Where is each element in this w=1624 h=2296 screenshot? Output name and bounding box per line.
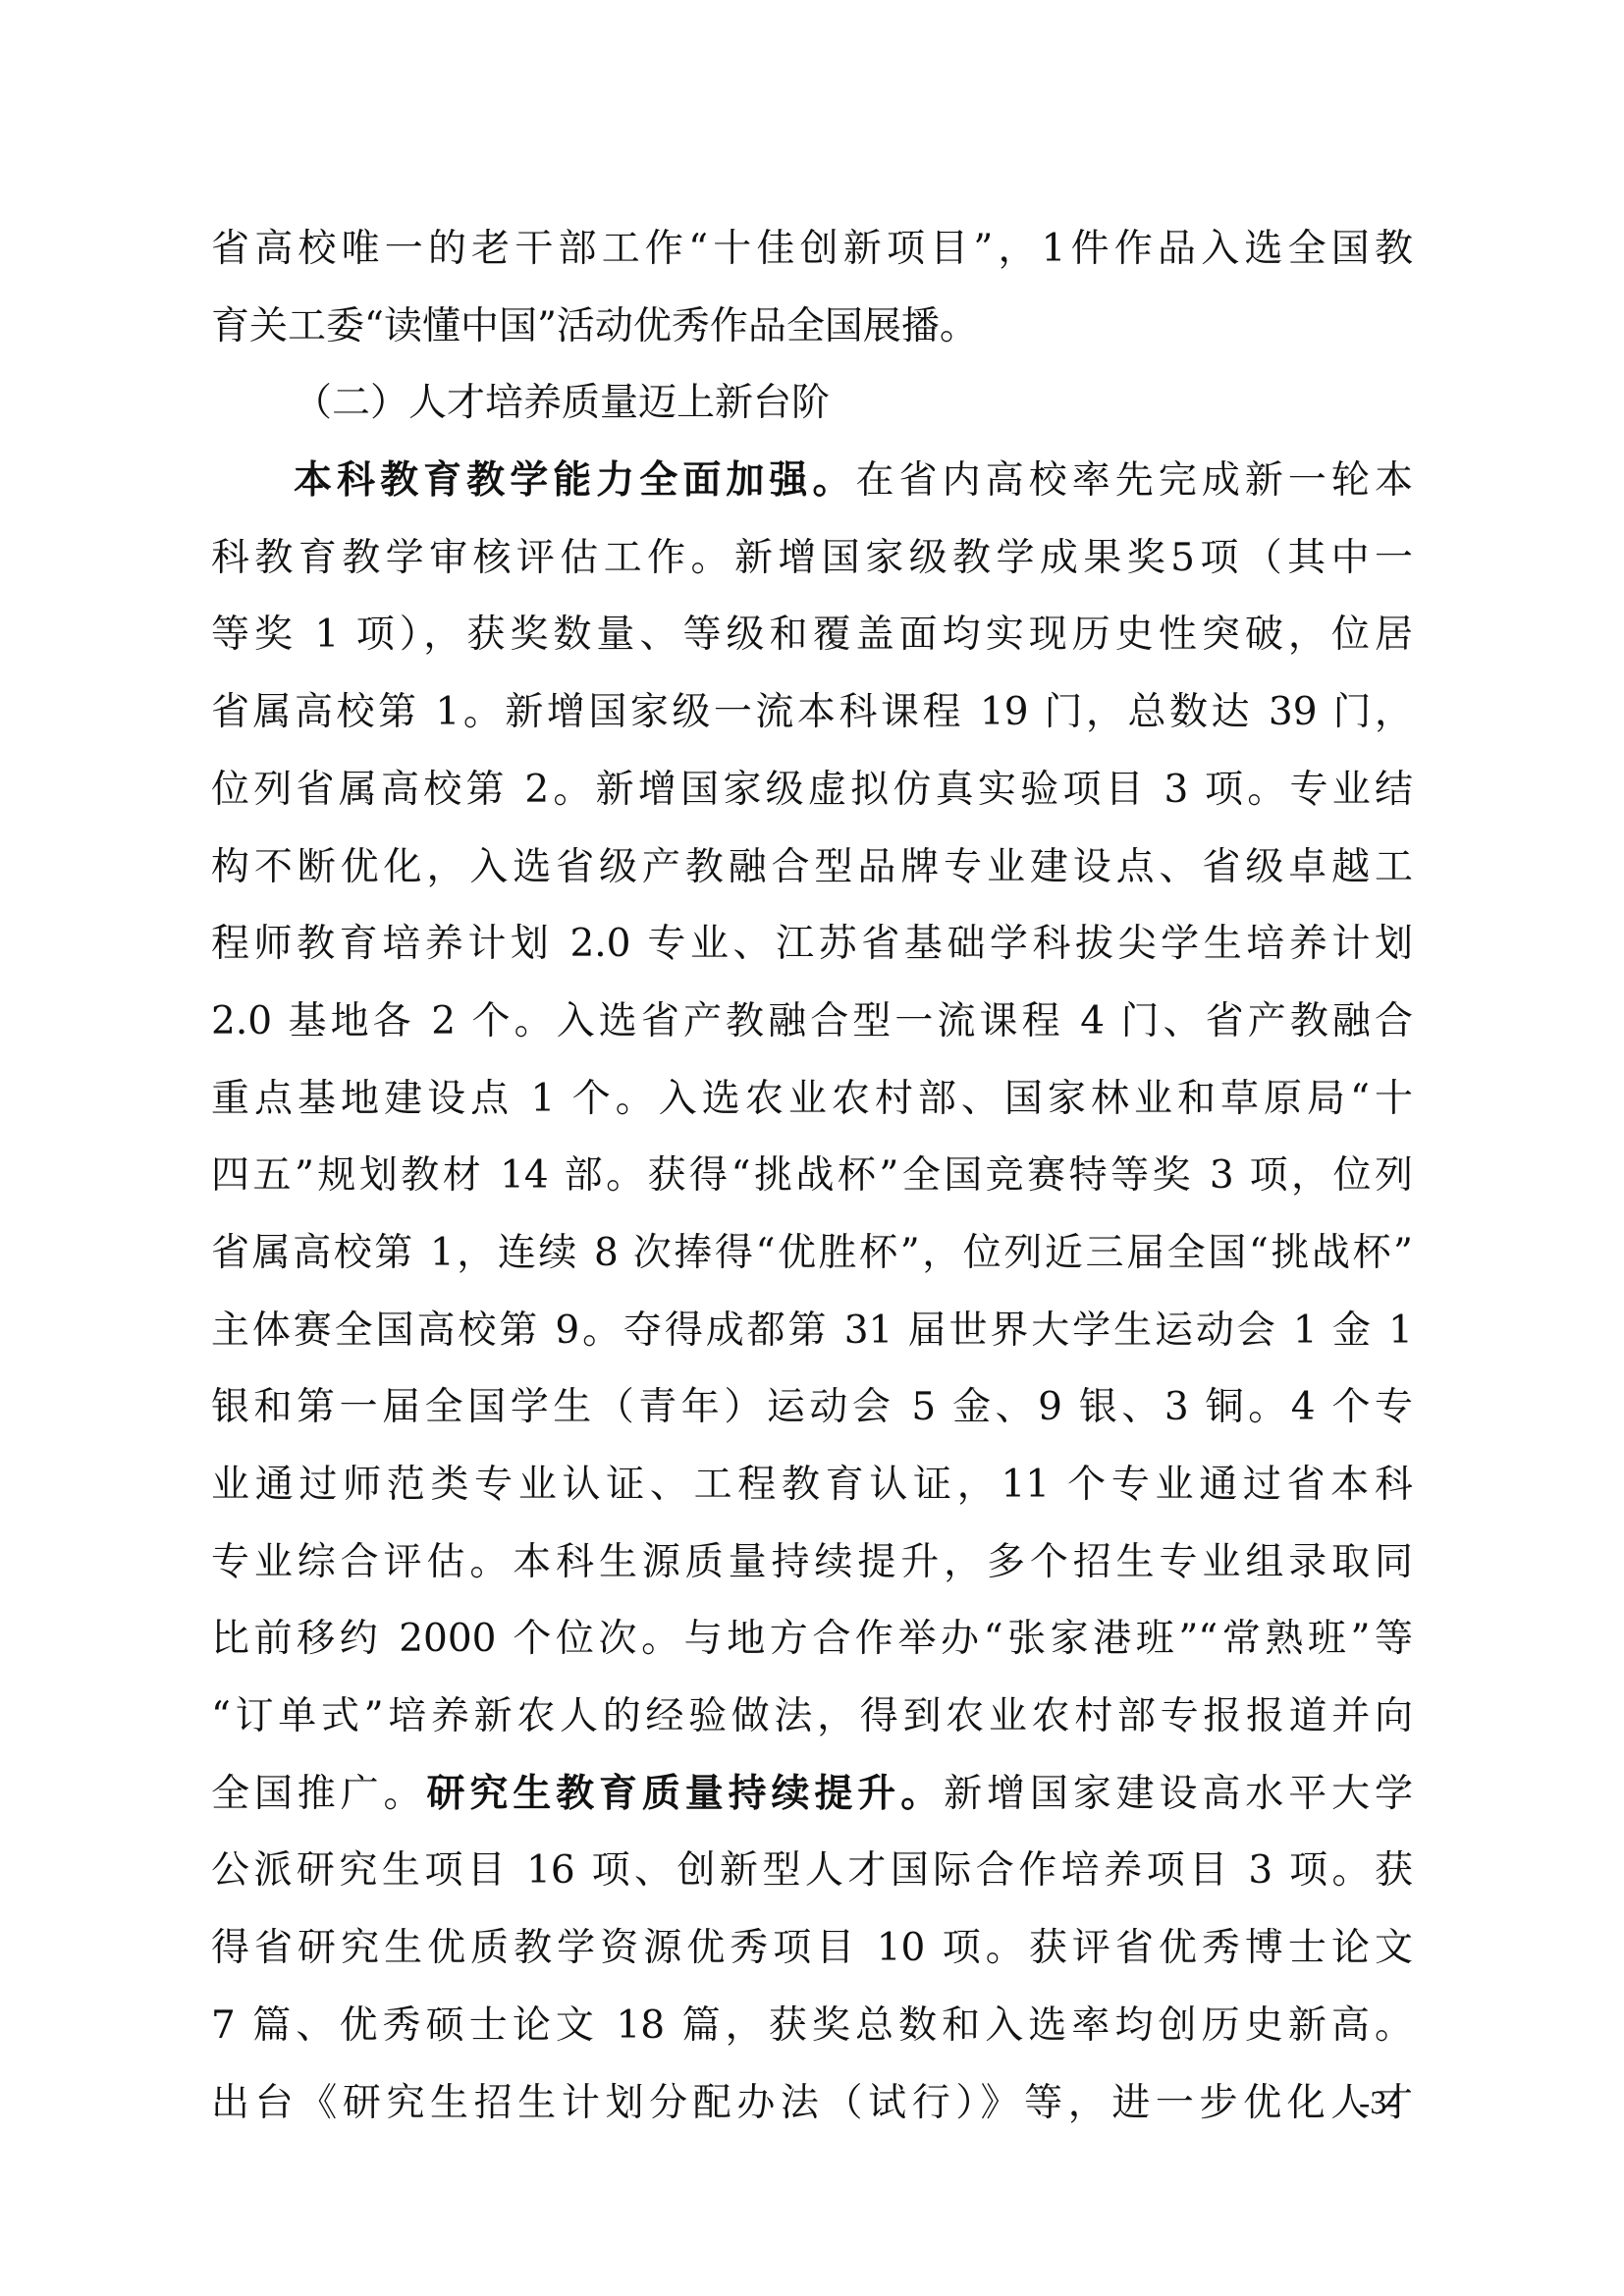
text-line: 科教育教学审核评估工作。新增国家级教学成果奖5项（其中一 — [211, 531, 1413, 609]
text-run: 全国推广。 — [211, 1772, 426, 1816]
text-line: 业通过师范类专业认证、工程教育认证，11 个专业通过省本科 — [211, 1458, 1413, 1535]
text-line: 省属高校第 1，连续 8 次捧得“优胜杯”，位列近三届全国“挑战杯” — [211, 1226, 1413, 1304]
paragraph-lead-heading: 本科教育教学能力全面加强。 — [294, 458, 856, 503]
section-heading: （二）人才培养质量迈上新台阶 — [211, 376, 1413, 454]
text-line: 银和第一届全国学生（青年）运动会 5 金、9 银、3 铜。4 个专 — [211, 1380, 1413, 1458]
paragraph-lead-heading: 研究生教育质量持续提升。 — [426, 1772, 944, 1816]
text-line: 等奖 1 项），获奖数量、等级和覆盖面均实现历史性突破，位居 — [211, 608, 1413, 685]
text-line: 2.0 基地各 2 个。入选省产教融合型一流课程 4 门、省产教融合 — [211, 994, 1413, 1072]
text-line: 得省研究生优质教学资源优秀项目 10 项。获评省优秀博士论文 — [211, 1921, 1413, 1999]
text-line: 重点基地建设点 1 个。入选农业农村部、国家林业和草原局“十 — [211, 1072, 1413, 1149]
text-run: 新增国家建设高水平大学 — [944, 1772, 1413, 1816]
page-number: -3- — [1359, 2085, 1398, 2122]
text-line: 育关工委“读懂中国”活动优秀作品全国展播。 — [211, 299, 1413, 377]
text-line: 7 篇、优秀硕士论文 18 篇，获奖总数和入选率均创历史新高。 — [211, 1999, 1413, 2076]
document-body: 省高校唯一的老干部工作“十佳创新项目”，1件作品入选全国教 育关工委“读懂中国”… — [211, 222, 1413, 2153]
text-line: 位列省属高校第 2。新增国家级虚拟仿真实验项目 3 项。专业结 — [211, 763, 1413, 840]
text-run: 在省内高校率先完成新一轮本 — [856, 458, 1413, 503]
text-line: “订单式”培养新农人的经验做法，得到农业农村部专报报道并向 — [211, 1689, 1413, 1767]
text-line: 全国推广。研究生教育质量持续提升。新增国家建设高水平大学 — [211, 1767, 1413, 1844]
text-line: 出台《研究生招生计划分配办法（试行）》等，进一步优化人才 — [211, 2076, 1413, 2154]
paragraph-start-line: 本科教育教学能力全面加强。在省内高校率先完成新一轮本 — [211, 454, 1413, 531]
text-line: 比前移约 2000 个位次。与地方合作举办“张家港班”“常熟班”等 — [211, 1612, 1413, 1689]
text-line: 程师教育培养计划 2.0 专业、江苏省基础学科拔尖学生培养计划 — [211, 917, 1413, 994]
text-line: 省高校唯一的老干部工作“十佳创新项目”，1件作品入选全国教 — [211, 222, 1413, 299]
text-line: 公派研究生项目 16 项、创新型人才国际合作培养项目 3 项。获 — [211, 1843, 1413, 1921]
text-line: 专业综合评估。本科生源质量持续提升，多个招生专业组录取同 — [211, 1535, 1413, 1613]
text-line: 构不断优化，入选省级产教融合型品牌专业建设点、省级卓越工 — [211, 840, 1413, 918]
text-line: 省属高校第 1。新增国家级一流本科课程 19 门，总数达 39 门， — [211, 685, 1413, 763]
text-line: 四五”规划教材 14 部。获得“挑战杯”全国竞赛特等奖 3 项，位列 — [211, 1148, 1413, 1226]
text-line: 主体赛全国高校第 9。夺得成都第 31 届世界大学生运动会 1 金 1 — [211, 1304, 1413, 1381]
